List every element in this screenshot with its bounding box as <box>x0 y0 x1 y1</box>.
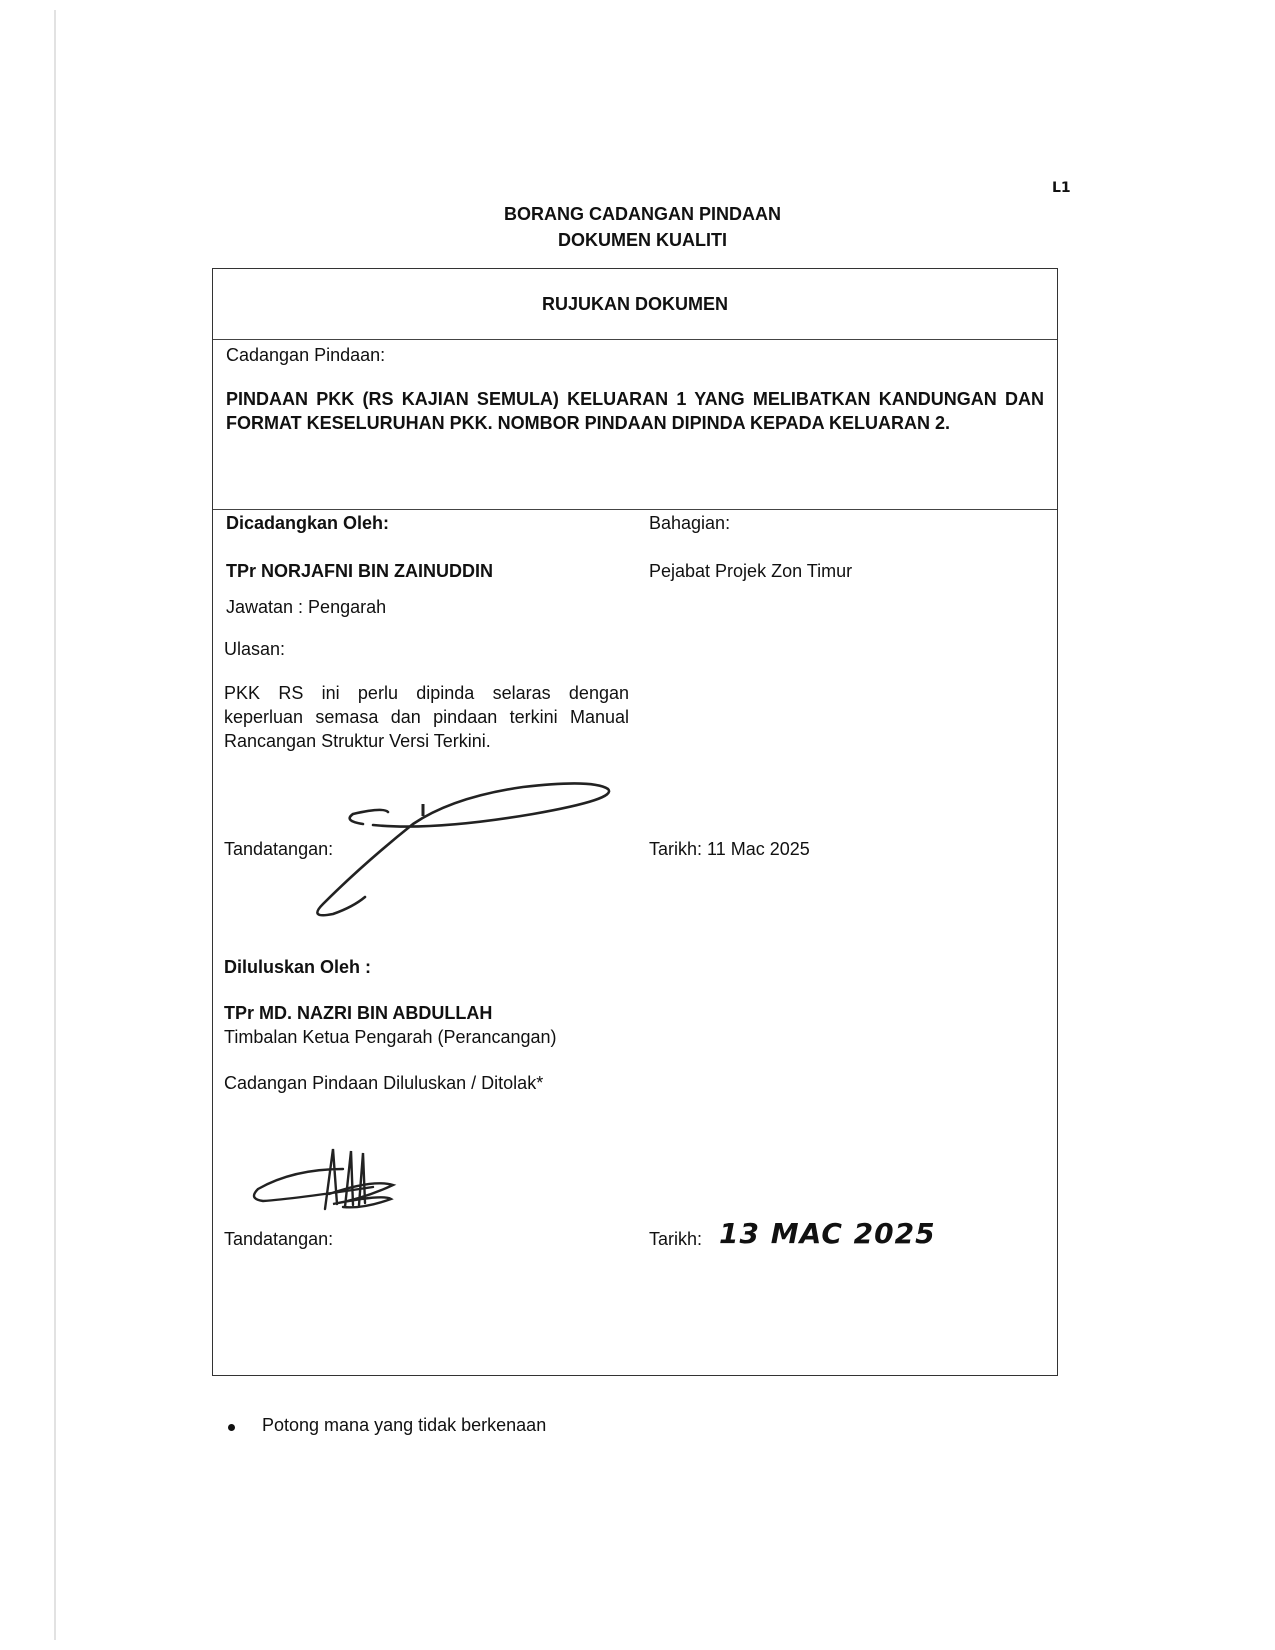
divider <box>213 509 1057 510</box>
form-subtitle: DOKUMEN KUALITI <box>0 230 1275 251</box>
division-value: Pejabat Projek Zon Timur <box>649 561 852 582</box>
comment-label: Ulasan: <box>224 639 285 660</box>
amendment-form: RUJUKAN DOKUMEN Cadangan Pindaan: PINDAA… <box>212 268 1058 1376</box>
approver-position: Timbalan Ketua Pengarah (Perancangan) <box>224 1027 557 1048</box>
approver-date-label: Tarikh: <box>649 1229 702 1250</box>
comment-text: PKK RS ini perlu dipinda selaras dengan … <box>224 681 629 753</box>
decision-text: Cadangan Pindaan Diluluskan / Ditolak* <box>224 1073 543 1094</box>
division-label: Bahagian: <box>649 513 730 534</box>
approved-by-label: Diluluskan Oleh : <box>224 957 371 978</box>
proposer-name: TPr NORJAFNI BIN ZAINUDDIN <box>226 561 493 582</box>
bullet-icon <box>228 1424 235 1431</box>
page-code: L1 <box>1052 180 1071 196</box>
form-title: BORANG CADANGAN PINDAAN <box>0 204 1275 225</box>
divider <box>213 339 1057 340</box>
approver-name: TPr MD. NAZRI BIN ABDULLAH <box>224 1003 492 1024</box>
approver-signature-icon <box>233 1139 433 1239</box>
scan-margin-line <box>54 10 56 1640</box>
proposal-label: Cadangan Pindaan: <box>226 345 385 366</box>
approver-date-handwritten: 13 MAC 2025 <box>719 1217 936 1250</box>
proposal-text: PINDAAN PKK (RS KAJIAN SEMULA) KELUARAN … <box>226 387 1044 435</box>
proposer-signature-label: Tandatangan: <box>224 839 333 860</box>
proposed-by-label: Dicadangkan Oleh: <box>226 513 389 534</box>
proposer-position: Jawatan : Pengarah <box>226 597 386 618</box>
footnote: Potong mana yang tidak berkenaan <box>262 1415 546 1436</box>
proposer-date: Tarikh: 11 Mac 2025 <box>649 839 810 860</box>
section-header: RUJUKAN DOKUMEN <box>213 294 1057 315</box>
approver-signature-label: Tandatangan: <box>224 1229 333 1250</box>
